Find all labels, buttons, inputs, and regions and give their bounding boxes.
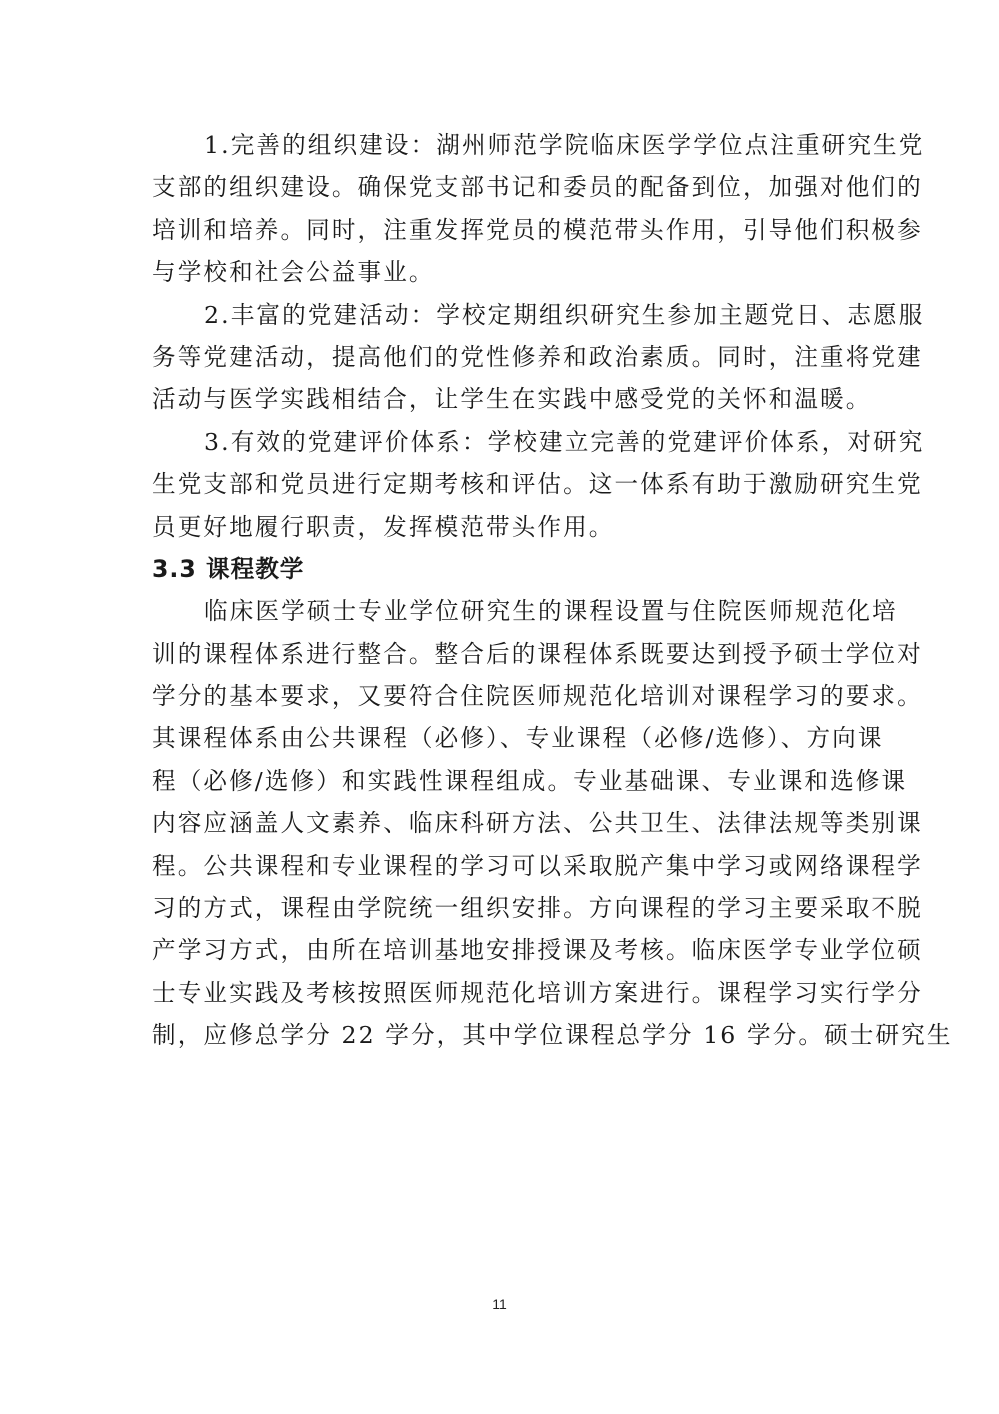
text-line: 程（必修/选修）和实践性课程组成。专业基础课、专业课和选修课 [152,760,848,802]
document-body: 1.完善的组织建设：湖州师范学院临床医学学位点注重研究生党 支部的组织建设。确保… [152,124,848,1057]
text-line: 员更好地履行职责，发挥模范带头作用。 [152,506,848,548]
text-line: 内容应涵盖人文素养、临床科研方法、公共卫生、法律法规等类别课 [152,802,848,844]
text-line: 务等党建活动，提高他们的党性修养和政治素质。同时，注重将党建 [152,336,848,378]
text-line: 3.有效的党建评价体系：学校建立完善的党建评价体系，对研究 [152,421,848,463]
text-line: 培训和培养。同时，注重发挥党员的模范带头作用，引导他们积极参 [152,209,848,251]
text-line: 与学校和社会公益事业。 [152,251,848,293]
text-line: 活动与医学实践相结合，让学生在实践中感受党的关怀和温暖。 [152,378,848,420]
paragraph-organization-building: 1.完善的组织建设：湖州师范学院临床医学学位点注重研究生党 支部的组织建设。确保… [152,124,848,294]
section-heading: 3.3 课程教学 [152,548,848,590]
text-line: 支部的组织建设。确保党支部书记和委员的配备到位，加强对他们的 [152,166,848,208]
text-line: 习的方式，课程由学院统一组织安排。方向课程的学习主要采取不脱 [152,887,848,929]
document-page: 1.完善的组织建设：湖州师范学院临床医学学位点注重研究生党 支部的组织建设。确保… [0,0,999,1414]
paragraph-party-activities: 2.丰富的党建活动：学校定期组织研究生参加主题党日、志愿服 务等党建活动，提高他… [152,294,848,421]
text-line: 士专业实践及考核按照医师规范化培训方案进行。课程学习实行学分 [152,972,848,1014]
text-line: 临床医学硕士专业学位研究生的课程设置与住院医师规范化培 [152,590,848,632]
text-line: 生党支部和党员进行定期考核和评估。这一体系有助于激励研究生党 [152,463,848,505]
paragraph-course-teaching: 临床医学硕士专业学位研究生的课程设置与住院医师规范化培 训的课程体系进行整合。整… [152,590,848,1056]
text-line: 训的课程体系进行整合。整合后的课程体系既要达到授予硕士学位对 [152,633,848,675]
text-line: 2.丰富的党建活动：学校定期组织研究生参加主题党日、志愿服 [152,294,848,336]
text-line: 学分的基本要求，又要符合住院医师规范化培训对课程学习的要求。 [152,675,848,717]
text-line: 制，应修总学分 22 学分，其中学位课程总学分 16 学分。硕士研究生 [152,1014,848,1056]
text-line: 其课程体系由公共课程（必修）、专业课程（必修/选修）、方向课 [152,717,848,759]
paragraph-evaluation-system: 3.有效的党建评价体系：学校建立完善的党建评价体系，对研究 生党支部和党员进行定… [152,421,848,548]
page-number: 11 [0,1296,999,1312]
text-line: 程。公共课程和专业课程的学习可以采取脱产集中学习或网络课程学 [152,845,848,887]
text-line: 1.完善的组织建设：湖州师范学院临床医学学位点注重研究生党 [152,124,848,166]
text-line: 产学习方式，由所在培训基地安排授课及考核。临床医学专业学位硕 [152,929,848,971]
